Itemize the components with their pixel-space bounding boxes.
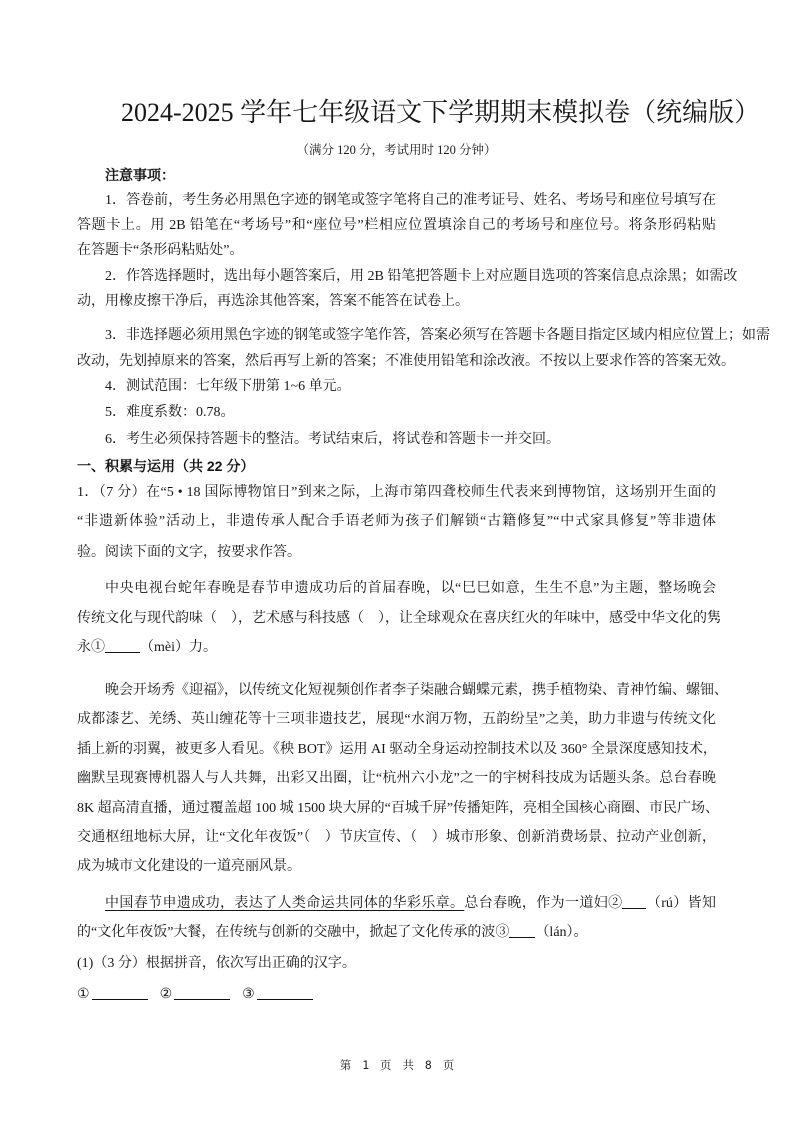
note-3-line-2: 改动，先划掉原来的答案，然后再写上新的答案；不准使用铅笔和涂改液。不按以上要求作… — [77, 351, 716, 373]
answer-line-3 — [257, 984, 313, 1000]
answer-blank-2 — [622, 893, 646, 909]
passage-p1-line-3-after: （mèi）力。 — [140, 640, 217, 655]
notes-heading: 注意事项： — [105, 164, 716, 186]
passage-p3-line-1-after: （rú）皆知 — [646, 896, 716, 911]
answer-line-1 — [92, 984, 148, 1000]
question-1-intro-line-1: 1．（7 分）在“5 • 18 国际博物馆日”到来之际，上海市第四聋校师生代表来… — [77, 482, 716, 504]
answer-label-1: ① — [77, 987, 90, 1002]
exam-page: 2024-2025 学年七年级语文下学期期末模拟卷（统编版） （满分 120 分… — [0, 0, 793, 1122]
passage-p1-line-1: 中央电视台蛇年春晚是春节申遗成功后的首届春晚，以“巳巳如意，生生不息”为主题，整… — [105, 578, 716, 600]
page-number-footer: 第 1 页 共 8 页 — [0, 1057, 793, 1073]
passage-p2-line-1: 晚会开场秀《迎福》，以传统文化短视频创作者李子柒融合蝴蝶元素，携手植物染、青神竹… — [105, 680, 716, 702]
passage-p1-line-3: 永①（mèi）力。 — [77, 637, 716, 659]
passage-p3-line-2: 的“文化年夜饭”大餐，在传统与创新的交融中，掀起了文化传承的波③（lán）。 — [77, 922, 716, 944]
passage-p2-line-6: 交通枢纽地标大屏，让“文化年夜饭”（ ）节庆宣传、（ ）城市形象、创新消费场景、… — [77, 827, 716, 849]
note-3-line-1: 3．非选择题必须用黑色字迹的钢笔或签字笔作答，答案必须写在答题卡各题目指定区域内… — [105, 325, 716, 347]
note-2-line-2: 动，用橡皮擦干净后，再选涂其他答案，答案不能答在试卷上。 — [77, 291, 716, 313]
sub-question-1-answers: ①②③ — [77, 984, 716, 1006]
passage-p3-line-1: 中国春节申遗成功，表达了人类命运共同体的华彩乐章。总台春晚，作为一道妇②（rú）… — [105, 893, 716, 915]
passage-p2-line-5: 8K 超高清直播，通过覆盖超 100 城 1500 块大屏的“百城千屏”传播矩阵… — [77, 798, 716, 820]
answer-blank-1 — [105, 637, 140, 653]
note-5: 5．难度系数：0.78。 — [105, 402, 716, 424]
note-1-line-3: 在答题卡“条形码粘贴处”。 — [77, 240, 716, 262]
note-6: 6．考生必须保持答题卡的整洁。考试结束后，将试卷和答题卡一并交回。 — [105, 429, 716, 451]
passage-p1-line-2: 传统文化与现代韵味（ ），艺术感与科技感（ ），让全球观众在喜庆红火的年味中，感… — [77, 608, 716, 630]
passage-p2-line-3: 插上新的羽翼，被更多人看见。《秧 BOT》运用 AI 驱动全身运动控制技术以及 … — [77, 739, 716, 761]
passage-p3-line-2-after: （lán）。 — [535, 925, 587, 940]
note-1-line-2: 答题卡上。用 2B 铅笔在“考场号”和“座位号”栏相应位置填涂自己的考场号和座位… — [77, 215, 716, 237]
answer-label-3: ③ — [242, 987, 255, 1002]
section-heading: 一、积累与运用（共 22 分） — [77, 455, 716, 477]
passage-p2-line-2: 成都漆艺、羌绣、英山缠花等十三项非遗技艺，展现“水润万物，五韵纷呈”之美，助力非… — [77, 709, 716, 731]
passage-p3-line-2-text: 的“文化年夜饭”大餐，在传统与创新的交融中，掀起了文化传承的波③ — [77, 925, 509, 940]
question-1-intro-line-2: “非遗新体验”活动上，非遗传承人配合手语老师为孩子们解锁“古籍修复”“中式家具修… — [77, 511, 716, 533]
underlined-sentence: 中国春节申遗成功，表达了人类命运共同体的华彩乐章。 — [105, 896, 464, 911]
exam-title: 2024-2025 学年七年级语文下学期期末模拟卷（统编版） — [121, 96, 721, 130]
question-1-intro-line-3: 验。阅读下面的文字，按要求作答。 — [77, 542, 716, 564]
note-4: 4．测试范围：七年级下册第 1~6 单元。 — [105, 376, 716, 398]
answer-line-2 — [174, 984, 230, 1000]
exam-subtitle: （满分 120 分，考试用时 120 分钟） — [0, 140, 793, 160]
passage-p1-line-3-before: 永① — [77, 640, 105, 655]
note-2-line-1: 2．作答选择题时，选出每小题答案后，用 2B 铅笔把答题卡上对应题目选项的答案信… — [105, 266, 716, 288]
passage-p2-line-4: 幽默呈现赛博机器人与人共舞，出彩又出圈，让“杭州六小龙”之一的宇树科技成为话题头… — [77, 768, 716, 790]
note-1-line-1: 1．答卷前，考生务必用黑色字迹的钢笔或签字笔将自己的准考证号、姓名、考场号和座位… — [105, 190, 716, 212]
passage-p2-line-7: 成为城市文化建设的一道亮丽风景。 — [77, 856, 716, 878]
sub-question-1-prompt: (1)（3 分）根据拼音，依次写出正确的汉字。 — [77, 953, 716, 975]
passage-p3-line-1-text: 总台春晚，作为一道妇② — [464, 896, 622, 911]
answer-blank-3 — [509, 922, 535, 938]
answer-label-2: ② — [160, 987, 173, 1002]
